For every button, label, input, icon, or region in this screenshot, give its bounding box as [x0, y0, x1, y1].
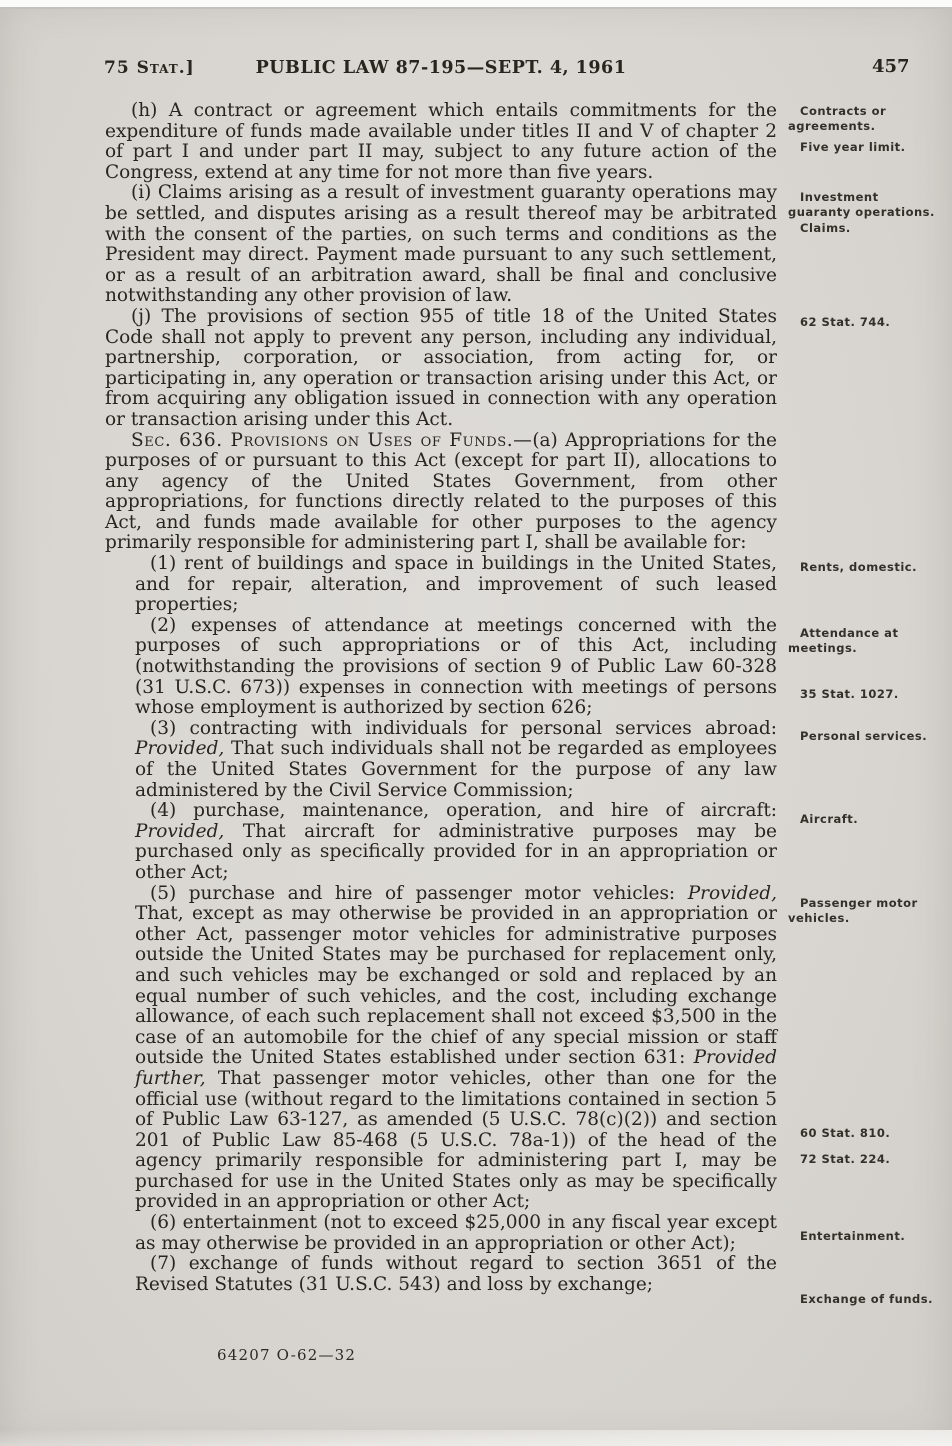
margin-note-exchange: Exchange of funds.: [788, 1292, 942, 1307]
statute-page: 75 Stat.] PUBLIC LAW 87-195—SEPT. 4, 196…: [0, 0, 952, 1446]
margin-note-35-stat: 35 Stat. 1027.: [788, 687, 942, 702]
paragraph-i: (i) Claims arising as a result of invest…: [105, 183, 777, 307]
item-7: (7) exchange of funds without regard to …: [105, 1254, 777, 1295]
item-6: (6) entertainment (not to exceed $25,000…: [105, 1213, 777, 1254]
item-5: (5) purchase and hire of passenger motor…: [105, 884, 777, 1214]
margin-note-motor-vehicles: Passenger motor vehicles.: [788, 896, 942, 926]
print-code: 64207 O-62—32: [217, 1346, 356, 1364]
margin-note-five-year: Five year limit.: [788, 140, 942, 155]
scan-edge-bottom: [0, 1430, 952, 1446]
margin-note-rents: Rents, domestic.: [788, 560, 942, 575]
law-title: PUBLIC LAW 87-195—SEPT. 4, 1961: [105, 58, 777, 78]
margin-note-claims: Claims.: [788, 221, 942, 236]
item-2: (2) expenses of attendance at meetings c…: [105, 616, 777, 719]
margin-note-personal-svc: Personal services.: [788, 729, 942, 744]
margin-note-72-stat: 72 Stat. 224.: [788, 1152, 942, 1167]
margin-note-attendance: Attendance at meetings.: [788, 626, 942, 656]
margin-note-investment: Investment guaranty operations.: [788, 190, 942, 220]
item-1: (1) rent of buildings and space in build…: [105, 554, 777, 616]
margin-note-aircraft: Aircraft.: [788, 812, 942, 827]
margin-notes-column: Contracts or agreements. Five year limit…: [788, 0, 942, 1446]
section-636-intro: Sec. 636. Provisions on Uses of Funds.—(…: [105, 431, 777, 555]
margin-note-62-stat: 62 Stat. 744.: [788, 315, 942, 330]
paragraph-j: (j) The provisions of section 955 of tit…: [105, 307, 777, 431]
body-column: (h) A contract or agreement which entail…: [105, 101, 777, 1295]
item-3: (3) contracting with individuals for per…: [105, 719, 777, 801]
paragraph-h: (h) A contract or agreement which entail…: [105, 101, 777, 183]
margin-note-60-stat: 60 Stat. 810.: [788, 1126, 942, 1141]
item-4: (4) purchase, maintenance, operation, an…: [105, 801, 777, 883]
margin-note-entertainment: Entertainment.: [788, 1229, 942, 1244]
margin-note-contracts: Contracts or agreements.: [788, 104, 942, 134]
